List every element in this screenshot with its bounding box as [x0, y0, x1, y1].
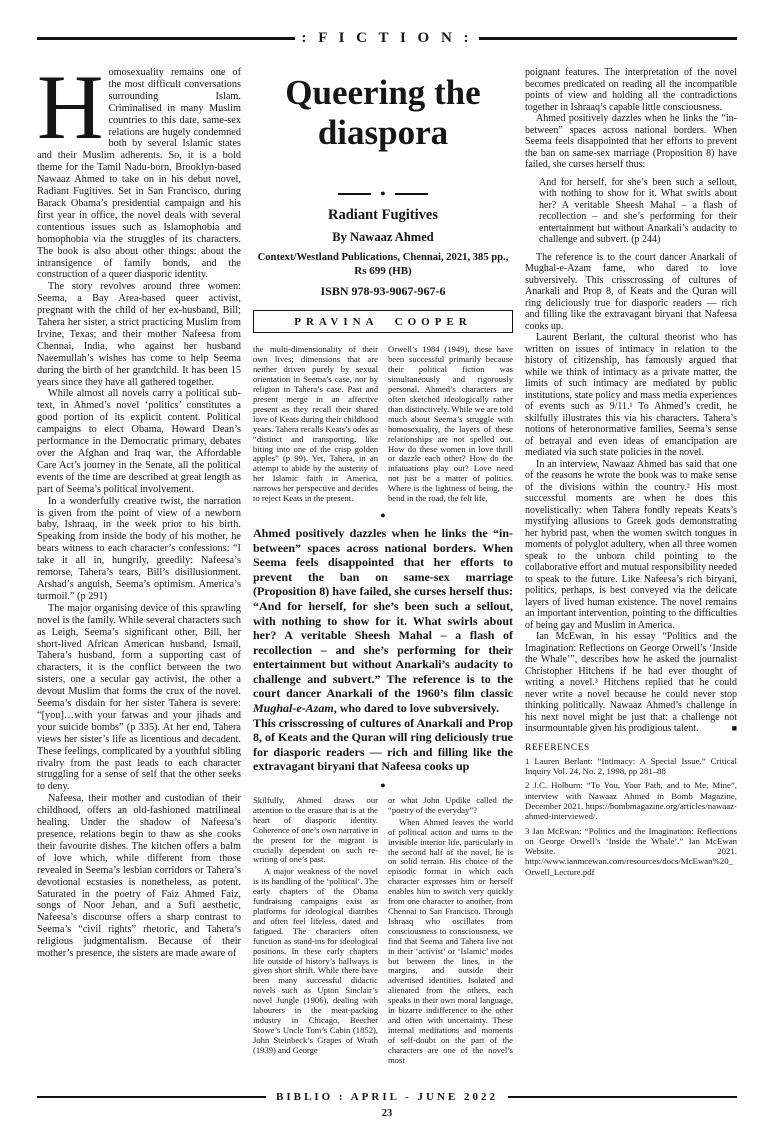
divider-dot-icon: ●	[380, 189, 385, 198]
center-subcolumns-bottom: Skilfully, Ahmed draws our attention to …	[253, 796, 513, 1065]
paragraph: the multi-dimensionality of their own li…	[253, 345, 378, 504]
page-number: 23	[37, 1108, 737, 1119]
page-footer: BIBLIO : APRIL - JUNE 2022 23	[37, 1091, 737, 1119]
block-quote: And for herself, for she’s been such a s…	[539, 177, 737, 246]
footer-label: BIBLIO : APRIL - JUNE 2022	[266, 1091, 508, 1103]
paragraph: The reference is to the court dancer Ana…	[525, 252, 737, 333]
reference-item: 3 Ian McEwan: “Politics and the Imaginat…	[525, 826, 737, 877]
paragraph-text: Ian McEwan, in his essay “Politics and t…	[525, 631, 737, 734]
left-column: Homosexuality remains one of the most di…	[37, 67, 241, 1071]
paragraph: poignant features. The interpretation of…	[525, 67, 737, 113]
pull-quote-film-title: Mughal-e-Azam	[253, 701, 334, 715]
end-of-article-mark: ■	[721, 723, 737, 735]
subcolumn-right: or what John Updike called the “poetry o…	[388, 796, 513, 1065]
book-price: Rs 699 (HB)	[253, 265, 513, 277]
article-title-line1: Queering the	[285, 73, 480, 112]
paragraph: While almost all novels carry a politica…	[37, 388, 241, 495]
paragraph: A major weakness of the novel is its han…	[253, 867, 378, 1055]
subcolumn-left: the multi-dimensionality of their own li…	[253, 345, 378, 504]
section-header: : F I C T I O N :	[37, 30, 737, 47]
book-title: Radiant Fugitives	[253, 207, 513, 224]
paragraph: The major organising device of this spra…	[37, 603, 241, 794]
paragraph: Laurent Berlant, the cultural theorist w…	[525, 332, 737, 459]
reference-item: 1 Lauren Berlant: “Intimacy: A Special I…	[525, 756, 737, 777]
header-rule-right	[479, 37, 737, 40]
book-info: Radiant Fugitives By Nawaaz Ahmed Contex…	[253, 207, 513, 299]
references-heading: REFERENCES	[525, 743, 737, 753]
pull-quote-paragraph: Ahmed positively dazzles when he links t…	[253, 526, 513, 716]
right-column: poignant features. The interpretation of…	[525, 67, 737, 1071]
article-body: Homosexuality remains one of the most di…	[37, 67, 737, 1071]
footer-rule-right	[508, 1096, 737, 1098]
paragraph: or what John Updike called the “poetry o…	[388, 796, 513, 816]
paragraph: Skilfully, Ahmed draws our attention to …	[253, 796, 378, 865]
paragraph: The story revolves around three women: S…	[37, 281, 241, 388]
pull-quote-paragraph: This crisscrossing of cultures of Anarka…	[253, 716, 513, 774]
article-title: Queering thediaspora	[253, 73, 513, 153]
book-isbn: ISBN 978-93-9067-967-6	[253, 284, 513, 299]
paragraph: Nafeesa, their mother and custodian of t…	[37, 793, 241, 960]
pull-quote-text: , who dared to love subversively.	[334, 701, 499, 715]
center-subcolumns-top: the multi-dimensionality of their own li…	[253, 345, 513, 504]
divider-dash-right	[395, 193, 428, 195]
section-header-label: : F I C T I O N :	[295, 30, 478, 47]
paragraph: Ahmed positively dazzles when he links t…	[525, 113, 737, 171]
bullet-divider-icon: ●	[253, 781, 513, 790]
subcolumn-right: Orwell’s 1984 (1949), these have been su…	[388, 345, 513, 504]
footer-rule-left	[37, 1096, 266, 1098]
paragraph: In an interview, Nawaaz Ahmed has said t…	[525, 459, 737, 632]
paragraph: Ian McEwan, in his essay “Politics and t…	[525, 631, 737, 735]
reference-item: 2 J.C. Holburn: “To You, Your Path, and …	[525, 780, 737, 821]
bullet-divider-icon: ●	[253, 511, 513, 520]
footer-rule-row: BIBLIO : APRIL - JUNE 2022	[37, 1091, 737, 1103]
pull-quote-text: Ahmed positively dazzles when he links t…	[253, 526, 513, 701]
pull-quote: Ahmed positively dazzles when he links t…	[253, 526, 513, 774]
paragraph: When Ahmed leaves the world of political…	[388, 818, 513, 1066]
paragraph: In a wonderfully creative twist, the nar…	[37, 496, 241, 603]
magazine-page: : F I C T I O N : Homosexuality remains …	[0, 0, 773, 1133]
reviewer-name: PRAVINA COOPER	[253, 310, 513, 333]
paragraph: Orwell’s 1984 (1949), these have been su…	[388, 345, 513, 504]
title-divider: ●	[253, 189, 513, 198]
divider-dash-left	[338, 193, 371, 195]
references: REFERENCES 1 Lauren Berlant: “Intimacy: …	[525, 743, 737, 878]
subcolumn-left: Skilfully, Ahmed draws our attention to …	[253, 796, 378, 1065]
center-column: Queering thediaspora ● Radiant Fugitives…	[253, 67, 513, 1071]
book-author: By Nawaaz Ahmed	[253, 230, 513, 245]
paragraph: Homosexuality remains one of the most di…	[37, 67, 241, 281]
article-title-line2: diaspora	[318, 113, 448, 152]
book-publisher: Context/Westland Publications, Chennai, …	[253, 252, 513, 263]
header-rule-left	[37, 37, 295, 40]
